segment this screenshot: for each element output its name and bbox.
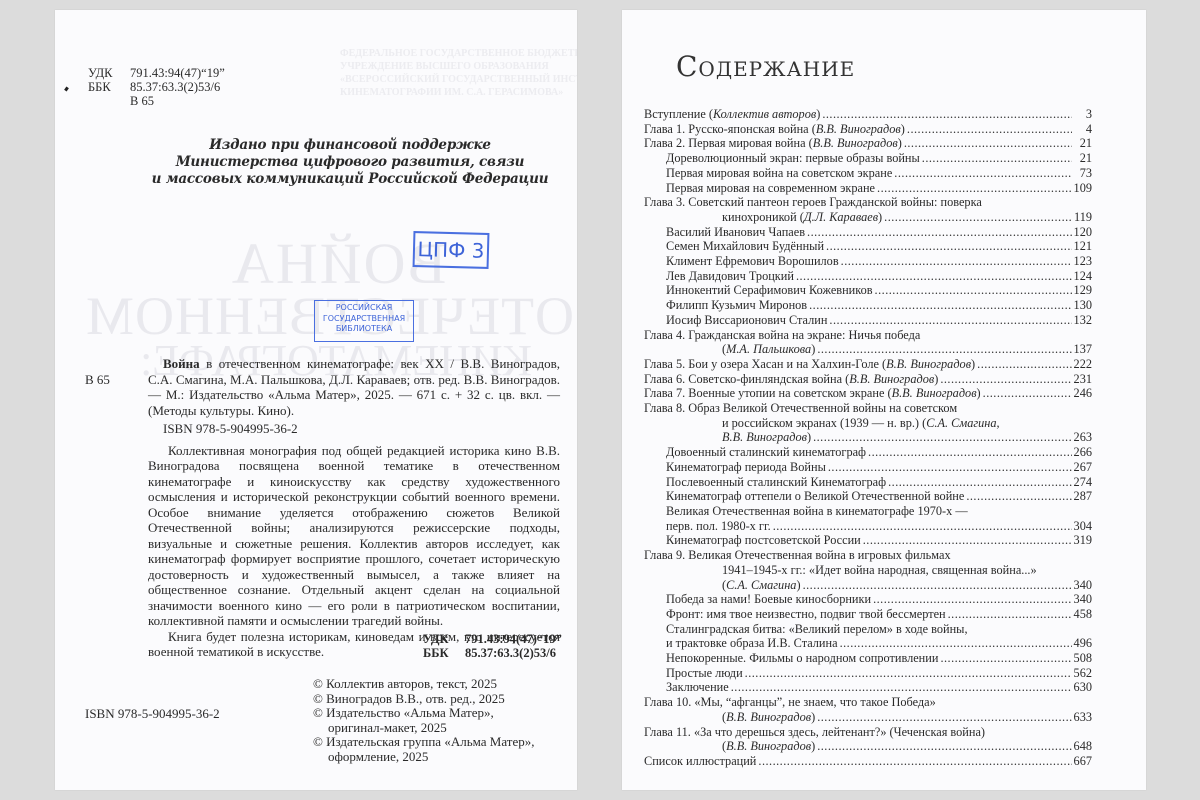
toc-section: Фронт: имя твое неизвестно, подвиг твой … xyxy=(644,607,1092,622)
library-stamp-line: БИБЛИОТЕКА xyxy=(315,324,413,335)
bib-text: в отечественном кинематографе: век XX / … xyxy=(148,356,560,418)
toc-entry-title: Кинематограф периода Войны xyxy=(666,460,826,475)
toc-entry-title: Сталинградская битва: «Великий перелом» … xyxy=(666,622,968,637)
library-stamp-line: РОССИЙСКАЯ xyxy=(315,303,413,314)
toc-page-number: 137 xyxy=(1074,342,1092,357)
toc-page-number: 222 xyxy=(1074,357,1092,372)
toc-entry-title: Победа за нами! Боевые киносборники xyxy=(666,592,871,607)
dot-leader xyxy=(873,592,1071,607)
toc-entry-title: Довоенный сталинский кинематограф xyxy=(666,445,866,460)
dot-leader xyxy=(940,372,1071,387)
toc-page-number: 73 xyxy=(1074,166,1092,181)
dot-leader xyxy=(983,386,1072,401)
toc-page-number: 667 xyxy=(1074,754,1092,769)
dot-leader xyxy=(796,269,1072,284)
dot-leader xyxy=(863,533,1072,548)
author-mark: В 65 xyxy=(130,94,154,108)
toc-page-number: 319 xyxy=(1074,533,1092,548)
toc-entry-title: Первая мировая война на советском экране xyxy=(666,166,892,181)
toc-page-number: 121 xyxy=(1074,239,1092,254)
toc-page-number: 120 xyxy=(1074,225,1092,240)
dot-leader xyxy=(904,136,1072,151)
toc-entry-title: Климент Ефремович Ворошилов xyxy=(666,254,839,269)
bib-isbn: ISBN 978-5-904995-36-2 xyxy=(163,421,560,437)
toc-page-number: 129 xyxy=(1074,283,1092,298)
toc-chapter: Вступление (Коллектив авторов)3 xyxy=(644,107,1092,122)
toc-entry-title: (В.В. Виноградов) xyxy=(722,710,815,725)
classification-codes-bottom: УДК791.43:94(47)“19” ББК85.37:63.3(2)53/… xyxy=(423,632,562,660)
dot-leader xyxy=(840,636,1072,651)
toc-entry-title: Первая мировая на современном экране xyxy=(666,181,875,196)
annotation: Коллективная монография под общей редакц… xyxy=(148,443,560,660)
toc-page-number: 562 xyxy=(1074,666,1092,681)
toc-entry-title: и российском экранах (1939 — н. вр.) (С.… xyxy=(722,416,1000,431)
toc-section: Кинематограф постсоветской России319 xyxy=(644,533,1092,548)
toc-entry-title: Филипп Кузьмич Миронов xyxy=(666,298,807,313)
copyright-line: © Коллектив авторов, текст, 2025 xyxy=(313,677,534,692)
toc-entry-title: Глава 8. Образ Великой Отечественной вой… xyxy=(644,401,957,416)
toc-section: Сталинградская битва: «Великий перелом» … xyxy=(644,622,1092,651)
toc-chapter: Глава 7. Военные утопии на советском экр… xyxy=(644,386,1092,401)
toc-entry-title: Заключение xyxy=(666,680,729,695)
dot-leader xyxy=(888,475,1071,490)
toc-entry-title: (С.А. Смагина) xyxy=(722,578,801,593)
contents-page: Содержание Вступление (Коллектив авторов… xyxy=(622,10,1146,790)
toc-chapter: Глава 10. «Мы, “афганцы”, не знаем, что … xyxy=(644,695,1092,724)
copyright-line-continued: оригинал-макет, 2025 xyxy=(313,721,534,736)
bibliographic-record: В 65 Война в отечественном кинематографе… xyxy=(85,356,560,660)
toc-page-number: 3 xyxy=(1074,107,1092,122)
dot-leader xyxy=(884,210,1072,225)
toc-page-number: 263 xyxy=(1074,430,1092,445)
toc-entry-title: Иосиф Виссарионович Сталин xyxy=(666,313,827,328)
toc-section: Победа за нами! Боевые киносборники340 xyxy=(644,592,1092,607)
toc-entry-title: Глава 6. Советско-финляндская война (В.В… xyxy=(644,372,938,387)
toc-page-number: 119 xyxy=(1074,210,1092,225)
toc-page-number: 648 xyxy=(1074,739,1092,754)
toc-section: Иосиф Виссарионович Сталин132 xyxy=(644,313,1092,328)
toc-chapter: Глава 1. Русско-японская война (В.В. Вин… xyxy=(644,122,1092,137)
annotation-paragraph: Коллективная монография под общей редакц… xyxy=(148,443,560,629)
bbk-value: 85.37:63.3(2)53/6 xyxy=(465,646,556,660)
toc-section: Простые люди562 xyxy=(644,666,1092,681)
toc-entry-title: Простые люди xyxy=(666,666,743,681)
toc-chapter: Список иллюстраций667 xyxy=(644,754,1092,769)
table-of-contents: Вступление (Коллектив авторов)3Глава 1. … xyxy=(644,107,1092,769)
toc-page-number: 274 xyxy=(1074,475,1092,490)
toc-page-number: 21 xyxy=(1074,136,1092,151)
dot-leader xyxy=(817,342,1071,357)
dot-leader xyxy=(758,754,1071,769)
toc-entry-title: Иннокентий Серафимович Кожевников xyxy=(666,283,873,298)
dot-leader xyxy=(828,460,1072,475)
toc-page-number: 123 xyxy=(1074,254,1092,269)
toc-page-number: 267 xyxy=(1074,460,1092,475)
copyright-line: © Виноградов В.В., отв. ред., 2025 xyxy=(313,692,534,707)
toc-page-number: 124 xyxy=(1074,269,1092,284)
bbk-label: ББК xyxy=(88,80,130,94)
dot-leader xyxy=(745,666,1072,681)
toc-chapter: Глава 5. Бои у озера Хасан и на Халхин-Г… xyxy=(644,357,1092,372)
copyright-line-continued: оформление, 2025 xyxy=(313,750,534,765)
toc-section: Иннокентий Серафимович Кожевников129 xyxy=(644,283,1092,298)
toc-chapter: Глава 2. Первая мировая война (В.В. Вино… xyxy=(644,136,1092,151)
dot-leader xyxy=(948,607,1072,622)
toc-entry-title: Великая Отечественная война в кинематогр… xyxy=(666,504,968,519)
toc-page-number: 132 xyxy=(1074,313,1092,328)
udk-value: 791.43:94(47)“19” xyxy=(130,66,225,80)
dot-leader xyxy=(829,313,1071,328)
dot-leader xyxy=(841,254,1072,269)
toc-entry-title: перв. пол. 1980-х гг. xyxy=(666,519,771,534)
dot-leader xyxy=(922,151,1072,166)
toc-section: Кинематограф периода Войны267 xyxy=(644,460,1092,475)
bib-description: Война в отечественном кинематографе: век… xyxy=(148,356,560,418)
dot-leader xyxy=(940,651,1071,666)
toc-section: Лев Давидович Троцкий124 xyxy=(644,269,1092,284)
toc-entry-title: Послевоенный сталинский Кинематограф xyxy=(666,475,886,490)
dot-leader xyxy=(977,357,1071,372)
toc-chapter: Глава 8. Образ Великой Отечественной вой… xyxy=(644,401,1092,445)
toc-entry-title: Глава 3. Советский пантеон героев Гражда… xyxy=(644,195,982,210)
bbk-label: ББК xyxy=(423,646,465,660)
toc-section: Довоенный сталинский кинематограф266 xyxy=(644,445,1092,460)
toc-entry-title: (В.В. Виноградов) xyxy=(722,739,815,754)
bbk-value: 85.37:63.3(2)53/6 xyxy=(130,80,220,94)
toc-section: Послевоенный сталинский Кинематограф274 xyxy=(644,475,1092,490)
toc-entry-title: кинохроникой (Д.Л. Караваев) xyxy=(722,210,882,225)
toc-page-number: 630 xyxy=(1074,680,1092,695)
dot-leader xyxy=(868,445,1072,460)
toc-page-number: 340 xyxy=(1074,592,1092,607)
cpf-stamp: ЦПФ 3 xyxy=(413,231,490,269)
copyright-line: © Издательство «Альма Матер», xyxy=(313,706,534,721)
dot-leader xyxy=(966,489,1071,504)
toc-chapter: Глава 4. Гражданская война на экране: Ни… xyxy=(644,328,1092,357)
dot-leader xyxy=(803,578,1072,593)
toc-chapter: Глава 11. «За что дерешься здесь, лейтен… xyxy=(644,725,1092,754)
toc-section: Великая Отечественная война в кинематогр… xyxy=(644,504,1092,533)
toc-section: Дореволюционный экран: первые образы вой… xyxy=(644,151,1092,166)
toc-entry-title: и трактовке образа И.В. Сталина xyxy=(666,636,838,651)
toc-entry-title: Глава 4. Гражданская война на экране: Ни… xyxy=(644,328,920,343)
toc-entry-title: Вступление (Коллектив авторов) xyxy=(644,107,820,122)
pen-mark xyxy=(64,87,69,92)
dot-leader xyxy=(817,739,1071,754)
toc-entry-title: Лев Давидович Троцкий xyxy=(666,269,794,284)
copyright-line: © Издательская группа «Альма Матер», xyxy=(313,735,534,750)
toc-section: Кинематограф оттепели о Великой Отечеств… xyxy=(644,489,1092,504)
toc-entry-title: Василий Иванович Чапаев xyxy=(666,225,805,240)
toc-entry-title: Кинематограф постсоветской России xyxy=(666,533,861,548)
page-title: Содержание xyxy=(676,50,855,83)
dot-leader xyxy=(894,166,1072,181)
udk-label: УДК xyxy=(423,632,465,646)
toc-page-number: 287 xyxy=(1074,489,1092,504)
toc-chapter: Глава 9. Великая Отечественная война в и… xyxy=(644,548,1092,592)
toc-section: Василий Иванович Чапаев120 xyxy=(644,225,1092,240)
toc-page-number: 21 xyxy=(1074,151,1092,166)
toc-entry-title: 1941–1945-х гг.: «Идет война народная, с… xyxy=(722,563,1037,578)
toc-page-number: 4 xyxy=(1074,122,1092,137)
bib-code: В 65 xyxy=(85,372,110,388)
toc-entry-title: Список иллюстраций xyxy=(644,754,756,769)
toc-chapter: Глава 3. Советский пантеон героев Гражда… xyxy=(644,195,1092,224)
toc-entry-title: Глава 5. Бои у озера Хасан и на Халхин-Г… xyxy=(644,357,975,372)
toc-page-number: 633 xyxy=(1074,710,1092,725)
dot-leader xyxy=(773,519,1072,534)
toc-page-number: 231 xyxy=(1074,372,1092,387)
funding-line: и массовых коммуникаций Российской Федер… xyxy=(150,171,550,188)
toc-entry-title: Глава 2. Первая мировая война (В.В. Вино… xyxy=(644,136,902,151)
toc-page-number: 266 xyxy=(1074,445,1092,460)
bib-title: Война xyxy=(163,356,200,371)
copyright-page: ФЕДЕРАЛЬНОЕ ГОСУДАРСТВЕННОЕ БЮДЖЕТНОЕ ОБ… xyxy=(55,10,577,790)
library-stamp-line: ГОСУДАРСТВЕННАЯ xyxy=(315,314,413,325)
dot-leader xyxy=(731,680,1072,695)
toc-section: Первая мировая на современном экране109 xyxy=(644,181,1092,196)
toc-entry-title: Кинематограф оттепели о Великой Отечеств… xyxy=(666,489,964,504)
toc-page-number: 340 xyxy=(1074,578,1092,593)
library-stamp: РОССИЙСКАЯ ГОСУДАРСТВЕННАЯ БИБЛИОТЕКА xyxy=(314,300,414,342)
toc-section: Непокоренные. Фильмы о народном сопротив… xyxy=(644,651,1092,666)
toc-section: Заключение630 xyxy=(644,680,1092,695)
toc-chapter: Глава 6. Советско-финляндская война (В.В… xyxy=(644,372,1092,387)
toc-section: Филипп Кузьмич Миронов130 xyxy=(644,298,1092,313)
funding-line: Издано при финансовой поддержке xyxy=(150,137,550,154)
udk-value: 791.43:94(47)“19” xyxy=(465,632,562,646)
toc-page-number: 496 xyxy=(1074,636,1092,651)
toc-page-number: 130 xyxy=(1074,298,1092,313)
toc-entry-title: В.В. Виноградов) xyxy=(722,430,811,445)
dot-leader xyxy=(813,430,1071,445)
toc-section: Первая мировая война на советском экране… xyxy=(644,166,1092,181)
toc-section: Семен Михайлович Будённый121 xyxy=(644,239,1092,254)
toc-entry-title: Фронт: имя твое неизвестно, подвиг твой … xyxy=(666,607,946,622)
toc-page-number: 458 xyxy=(1074,607,1092,622)
dot-leader xyxy=(875,283,1072,298)
toc-entry-title: Глава 1. Русско-японская война (В.В. Вин… xyxy=(644,122,905,137)
toc-entry-title: Глава 11. «За что дерешься здесь, лейтен… xyxy=(644,725,985,740)
toc-entry-title: Глава 9. Великая Отечественная война в и… xyxy=(644,548,951,563)
funding-note: Издано при финансовой поддержке Министер… xyxy=(150,137,550,188)
dot-leader xyxy=(809,298,1071,313)
toc-page-number: 304 xyxy=(1074,519,1092,534)
dot-leader xyxy=(907,122,1072,137)
dot-leader xyxy=(822,107,1072,122)
toc-section: Климент Ефремович Ворошилов123 xyxy=(644,254,1092,269)
copyright-notices: © Коллектив авторов, текст, 2025© Виногр… xyxy=(313,677,534,765)
bleed-through-publisher-header: ФЕДЕРАЛЬНОЕ ГОСУДАРСТВЕННОЕ БЮДЖЕТНОЕ ОБ… xyxy=(340,47,577,99)
dot-leader xyxy=(826,239,1072,254)
dot-leader xyxy=(817,710,1071,725)
classification-codes-top: УДК791.43:94(47)“19” ББК85.37:63.3(2)53/… xyxy=(88,66,225,108)
toc-entry-title: Глава 10. «Мы, “афганцы”, не знаем, что … xyxy=(644,695,936,710)
funding-line: Министерства цифрового развития, связи xyxy=(150,154,550,171)
toc-page-number: 508 xyxy=(1074,651,1092,666)
isbn: ISBN 978-5-904995-36-2 xyxy=(85,706,220,722)
toc-entry-title: Дореволюционный экран: первые образы вой… xyxy=(666,151,920,166)
toc-page-number: 109 xyxy=(1074,181,1092,196)
toc-page-number: 246 xyxy=(1074,386,1092,401)
udk-label: УДК xyxy=(88,66,130,80)
toc-entry-title: (М.А. Пальшкова) xyxy=(722,342,815,357)
toc-entry-title: Семен Михайлович Будённый xyxy=(666,239,824,254)
dot-leader xyxy=(877,181,1072,196)
dot-leader xyxy=(807,225,1072,240)
toc-entry-title: Непокоренные. Фильмы о народном сопротив… xyxy=(666,651,938,666)
toc-entry-title: Глава 7. Военные утопии на советском экр… xyxy=(644,386,981,401)
